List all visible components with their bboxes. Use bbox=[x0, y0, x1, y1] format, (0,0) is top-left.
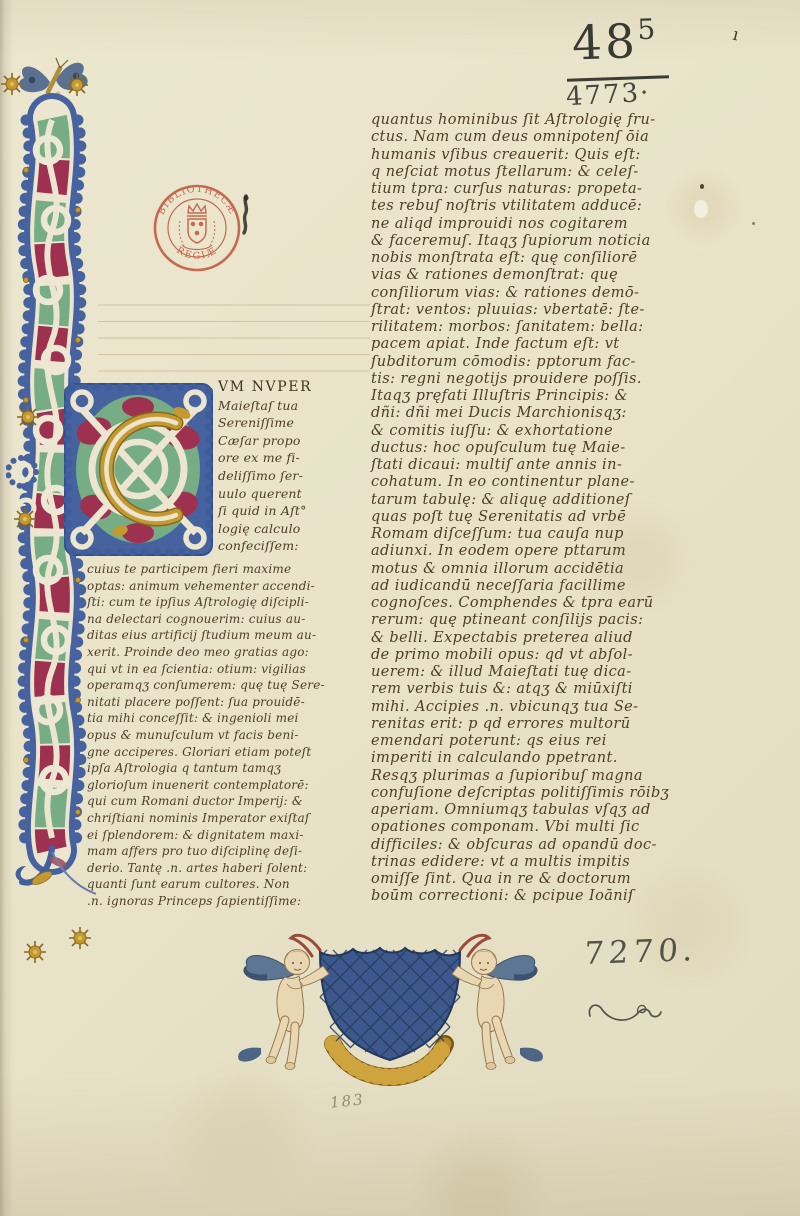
text-line: Cæſar propo bbox=[218, 432, 312, 450]
price-inscription: 7270. bbox=[583, 932, 699, 972]
text-line: qui vt in ea ſcientia: otium: vigilias bbox=[87, 661, 325, 678]
text-line: logię calculo bbox=[218, 520, 312, 538]
text-line: tia mihi conceſſit: & ingenioli mei bbox=[87, 710, 325, 727]
text-line: mihi. Accipies .n. vbicunqʒ tua Se- bbox=[371, 699, 669, 716]
text-line: deliſſimo ſer- bbox=[218, 467, 312, 485]
text-line: trinas edidere: vt a multis impitis bbox=[371, 854, 669, 871]
ink-speck bbox=[700, 184, 704, 189]
text-line: Itaqʒ pręfati Illuſtris Principis: & bbox=[371, 388, 669, 405]
text-line: dñi: dñi mei Ducis Marchionisqʒ: bbox=[371, 405, 669, 422]
text-line: quantus hominibus ſit Aſtrologię fru- bbox=[371, 112, 669, 129]
pencil-foliation: 183 bbox=[329, 1090, 365, 1112]
text-line: renitas erit: p qd errores multorū bbox=[371, 716, 669, 733]
text-line: q neſciat motus ſtellarum: & celeſ- bbox=[371, 164, 669, 181]
text-line: quanti ſunt earum cultores. Non bbox=[87, 876, 325, 893]
folio-number-main: 48 bbox=[571, 14, 639, 71]
putti-shield-miniature bbox=[233, 922, 548, 1097]
gold-star-ornament bbox=[64, 72, 90, 98]
text-line: & belli. Expectabis preterea aliud bbox=[371, 630, 669, 647]
text-line: tium tpra: curſus naturas: propeta- bbox=[371, 181, 669, 198]
text-line: rem verbis tuis &: atqʒ & miūxiſti bbox=[371, 681, 669, 698]
right-column: quantus hominibus ſit Aſtrologię fru- ct… bbox=[371, 112, 669, 906]
text-line: derio. Tantę .n. artes haberi ſolent: bbox=[87, 860, 325, 877]
text-line: mam affers pro tuo diſciplinę deſi- bbox=[87, 843, 325, 860]
text-line: tis: regni negotijs prouidere poſſis. bbox=[371, 371, 669, 388]
wing-icon bbox=[238, 1048, 261, 1062]
text-line: vias & rationes demonſtrat: quę bbox=[371, 267, 669, 284]
gold-star-ornament bbox=[67, 925, 93, 951]
text-line: cohatum. In eo continentur plane- bbox=[371, 474, 669, 491]
text-line: optas: animum vehementer accendi- bbox=[87, 578, 325, 595]
stamp-crown-and-shield bbox=[179, 204, 215, 250]
wing-icon bbox=[520, 1048, 543, 1062]
text-line: VM NVPER bbox=[218, 379, 312, 397]
text-line: ad iudicandū neceſſaria facillime bbox=[371, 578, 669, 595]
text-line: Maieſtaſ tua bbox=[218, 397, 312, 415]
illuminated-initial-C bbox=[62, 381, 215, 558]
gold-star-ornament bbox=[0, 71, 25, 97]
text-line: rerum: quę ptineant conſilijs pacis: bbox=[371, 612, 669, 629]
text-line: motus & omnia illorum accidētia bbox=[371, 561, 669, 578]
text-line: ſti: cum te ipſius Aſtrologię diſcipli- bbox=[87, 594, 325, 611]
text-line: imperiti in calculando ppetrant. bbox=[371, 750, 669, 767]
inscription-flourish bbox=[586, 986, 686, 1034]
text-line: tarum tabulę: & aliquę additioneſ bbox=[371, 492, 669, 509]
text-line: chriſtiani nominis Imperator exiſtaſ bbox=[87, 810, 325, 827]
text-line: tes rebuſ noſtris vtilitatem adducē: bbox=[371, 198, 669, 215]
text-line: pacem apiat. Inde factum eſt: vt bbox=[371, 336, 669, 353]
text-line: Sereniſſime bbox=[218, 414, 312, 432]
text-line: ſubditorum cōmodis: pptorum fac- bbox=[371, 354, 669, 371]
text-line: conſiliorum vias: & rationes demō- bbox=[371, 285, 669, 302]
left-column-full: cuius te participem fieri maxime optas: … bbox=[87, 561, 325, 909]
text-line: uulo querent bbox=[218, 485, 312, 503]
text-line: ne aliqd improuidi nos cogitarem bbox=[371, 216, 669, 233]
text-line: ſtati dicaui: multiſ ante annis in- bbox=[371, 457, 669, 474]
ink-blot bbox=[238, 194, 254, 236]
text-line: confeciſſem: bbox=[218, 537, 312, 555]
text-line: humanis vſibus creauerit: Quis eſt: bbox=[371, 147, 669, 164]
text-line: confuſione deſcriptas politiſſimis rōibʒ bbox=[371, 785, 669, 802]
text-line: xerit. Proinde deo meo gratias ago: bbox=[87, 644, 325, 661]
text-line: difficiles: & obſcuras ad opandū doc- bbox=[371, 837, 669, 854]
corner-ink-mark: ı bbox=[731, 25, 741, 46]
folio-number: 485 bbox=[571, 13, 657, 72]
text-line: uerem: & illud Maieſtati tuę dica- bbox=[371, 664, 669, 681]
manuscript-page: BIBLIOTHECÆ REGIÆ 485 4773· ı bbox=[0, 0, 800, 1216]
text-line: quas poſt tuę Serenitatis ad vrbē bbox=[371, 509, 669, 526]
left-column-narrow: VM NVPER Maieſtaſ tua Sereniſſime Cæſar … bbox=[218, 379, 312, 555]
armorial-shield bbox=[291, 935, 489, 1060]
text-line: de primo mobili opus: qd vt abſol- bbox=[371, 647, 669, 664]
text-line: ore ex me fi- bbox=[218, 449, 312, 467]
text-line: & faceremuſ. Itaqʒ ſupiorum noticia bbox=[371, 233, 669, 250]
stamp-text-bottom: REGIÆ bbox=[174, 245, 219, 262]
gold-star-ornament bbox=[12, 506, 38, 532]
text-line: emendari poterunt: qs eius rei bbox=[371, 733, 669, 750]
text-line: rilitatem: morbos: ſanitatem: bella: bbox=[371, 319, 669, 336]
text-line: Resqʒ plurimas a ſupioribuſ magna bbox=[371, 768, 669, 785]
gold-star-ornament bbox=[22, 939, 48, 965]
text-line: nitati placere poſſent: ſua prouidē- bbox=[87, 694, 325, 711]
stamp-text-top: BIBLIOTHECÆ bbox=[156, 184, 238, 217]
text-line: gne acciperes. Gloriari etiam poteſt bbox=[87, 744, 325, 761]
text-line: Romam diſceſſum: tua cauſa nup bbox=[371, 526, 669, 543]
text-line: opus & munuſculum vt facis beni- bbox=[87, 727, 325, 744]
text-line: ditas eius artificij ſtudium meum au- bbox=[87, 627, 325, 644]
text-line: ctus. Nam cum deus omnipotenſ ōia bbox=[371, 129, 669, 146]
text-line: operamqʒ conſumerem: quę tuę Sere- bbox=[87, 677, 325, 694]
text-line: qui cum Romani ductor Imperij: & bbox=[87, 793, 325, 810]
bibliothecae-regiae-stamp: BIBLIOTHECÆ REGIÆ bbox=[152, 183, 242, 273]
parchment-blemish bbox=[694, 200, 708, 218]
text-line: ſi quid in Aſt° bbox=[218, 502, 312, 520]
text-line: nobis monſtrata eſt: quę conſiliorē bbox=[371, 250, 669, 267]
folio-number-sup: 5 bbox=[637, 13, 656, 47]
ruling-lines bbox=[98, 289, 370, 386]
text-line: ductus: hoc opuſculum tuę Maie- bbox=[371, 440, 669, 457]
text-line: glorioſum inuenerit contemplatorē: bbox=[87, 777, 325, 794]
ink-speck bbox=[752, 222, 755, 225]
text-line: opationes componam. Vbi multi ſic bbox=[371, 819, 669, 836]
text-line: cognoſces. Comphendes & tpra earū bbox=[371, 595, 669, 612]
shelfmark-number: 4773· bbox=[565, 78, 651, 112]
text-line: omiſſe ſint. Qua in re & doctorum bbox=[371, 871, 669, 888]
svg-text:REGIÆ: REGIÆ bbox=[174, 245, 219, 262]
text-line: ei ſplendorem: & dignitatem maxi- bbox=[87, 827, 325, 844]
text-line: ipſa Aſtrologia q tantum tamqʒ bbox=[87, 760, 325, 777]
text-line: .n. ignoras Princeps ſapientiſſime: bbox=[87, 893, 325, 910]
text-line: adiunxi. In eodem opere pttarum bbox=[371, 543, 669, 560]
text-line: na delectari cognouerim: cuius au- bbox=[87, 611, 325, 628]
text-line: aperiam. Omniumqʒ tabulas vſqʒ ad bbox=[371, 802, 669, 819]
text-line: cuius te participem fieri maxime bbox=[87, 561, 325, 578]
text-line: & comitis iuſſu: & exhortatione bbox=[371, 423, 669, 440]
gold-star-ornament bbox=[15, 404, 41, 430]
svg-text:BIBLIOTHECÆ: BIBLIOTHECÆ bbox=[156, 184, 238, 217]
text-line: boūm correctioni: & pcipue Ioāniſ bbox=[371, 888, 669, 905]
text-line: ſtrat: ventos: pluuias: vbertatē: ſte- bbox=[371, 302, 669, 319]
